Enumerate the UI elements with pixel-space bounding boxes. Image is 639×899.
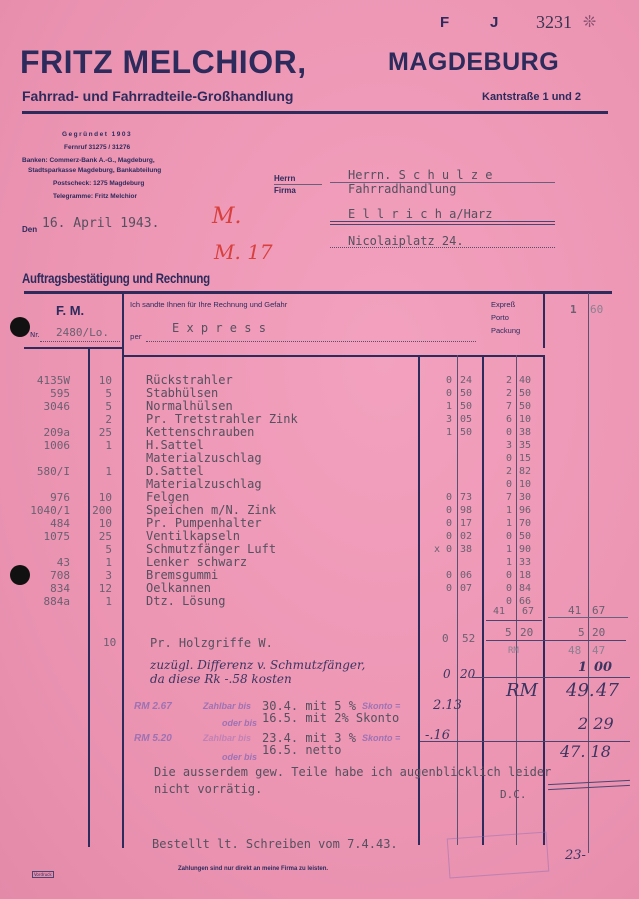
item-total-rm: 0	[486, 426, 512, 439]
item-total-rm: 1	[486, 543, 512, 556]
firma-label: Firma	[274, 186, 296, 195]
item-unit-pf: 05	[460, 413, 472, 426]
item-quantity: 5	[88, 543, 112, 556]
item-total-pf: 15	[519, 452, 531, 465]
item-unit-pf: 24	[460, 374, 472, 387]
note-right-rm: 1	[578, 660, 587, 675]
per-value: E x p r e s s	[172, 321, 266, 335]
item-total-rm: 7	[486, 491, 512, 504]
phone: Fernruf 31275 / 31276	[64, 143, 130, 153]
item-article-number: 1006	[20, 439, 70, 452]
star-icon: ❊	[583, 12, 596, 31]
item-total-rm: 0	[486, 582, 512, 595]
payment-line-2-stamp: oder bis	[222, 718, 257, 728]
item-quantity: 10	[88, 374, 112, 387]
item-total-rm: 3	[486, 439, 512, 452]
double-rule-2	[548, 785, 630, 790]
item-total-rm: 0	[486, 452, 512, 465]
item-total-rm: 2	[486, 465, 512, 478]
nr-label: Nr.	[30, 331, 40, 339]
payment-line-1-result: 2.13	[433, 698, 462, 713]
item-total-rm: 1	[486, 504, 512, 517]
shipping-labels: Expreß Porto Packung	[491, 298, 520, 337]
item-unit-rm: x 0	[420, 543, 452, 556]
item-unit-rm: 1	[420, 426, 452, 439]
item-total-pf: 10	[519, 413, 531, 426]
subtotal-1-rule	[486, 620, 542, 621]
company-tagline: Fahrrad- und Fahrradteile-Großhandlung	[22, 88, 293, 104]
item-article-number: 976	[20, 491, 70, 504]
item-unit-rm: 0	[420, 517, 452, 530]
item-total-pf: 33	[519, 556, 531, 569]
item-total-pf: 82	[519, 465, 531, 478]
item-unit-rm: 0	[420, 491, 452, 504]
margin-letter-j: J	[490, 14, 498, 31]
invoice-page: F J 3231 ❊ FRITZ MELCHIOR, MAGDEBURG Fah…	[0, 0, 639, 899]
herrn-underline	[274, 184, 322, 185]
header-rule	[22, 111, 608, 114]
item-article-number: 595	[20, 387, 70, 400]
item-article-number: 3046	[20, 400, 70, 413]
final-total: 47. 18	[560, 742, 611, 761]
item-total-pf: 40	[519, 374, 531, 387]
item-total-pf: 50	[519, 400, 531, 413]
item-total-pf: 18	[519, 569, 531, 582]
shipping-rm: 1	[570, 303, 577, 316]
item-article-number: 580/I	[20, 465, 70, 478]
item-article-number: 4135W	[20, 374, 70, 387]
handwritten-note-line-1: zuzügl. Differenz v. Schmutzfänger,	[150, 658, 365, 672]
recipient-name: Herrn. S c h u l z e	[348, 168, 493, 182]
extra-right-rm: 5	[578, 626, 585, 639]
recipient-street: Nicolaiplatz 24.	[348, 234, 464, 248]
extra-right-pf: 20	[592, 626, 605, 639]
total-rule	[472, 677, 630, 678]
col-divider-desc	[122, 293, 124, 848]
item-unit-pf: 50	[460, 426, 472, 439]
item-total-pf: 30	[519, 491, 531, 504]
item-total-rm: 2	[486, 387, 512, 400]
red-mark-1: M.	[212, 204, 242, 229]
item-total-rm: 7	[486, 400, 512, 413]
extra-total-rm: 5	[505, 626, 512, 639]
banks-line-1: Banken: Commerz-Bank A.-G., Magdeburg,	[22, 156, 155, 166]
item-article-number: 1075	[20, 530, 70, 543]
payment-line-1-skonto: Skonto =	[362, 701, 400, 711]
item-unit-pf: 06	[460, 569, 472, 582]
item-article-number: 484	[20, 517, 70, 530]
banks-line-2: Stadtsparkasse Magdeburg, Bankabteilung	[28, 166, 161, 176]
document-number: 3231	[536, 12, 572, 33]
red-mark-2: M. 17	[214, 240, 273, 264]
extra-unit-rm: 0	[442, 632, 449, 645]
subtotal-1-right-rule	[548, 617, 628, 618]
item-total-rm: 0	[486, 569, 512, 582]
herrn-label: Herrn	[274, 174, 295, 183]
note-unit-pf: 20	[460, 667, 475, 681]
fm-label: F. M.	[56, 303, 84, 318]
item-quantity: 10	[88, 491, 112, 504]
payment-line-3-skonto: Skonto =	[362, 733, 400, 743]
item-total-pf: 84	[519, 582, 531, 595]
form-title: Auftragsbestätigung und Rechnung	[22, 270, 210, 286]
item-total-pf: 35	[519, 439, 531, 452]
item-unit-rm: 1	[420, 400, 452, 413]
page-mark: 23-	[565, 848, 586, 863]
item-quantity: 1	[88, 465, 112, 478]
handwritten-note-line-2: da diese Rk -.58 kosten	[150, 672, 292, 686]
date-prefix: Den	[22, 225, 37, 234]
item-quantity: 25	[88, 530, 112, 543]
item-unit-pf: 50	[460, 400, 472, 413]
item-unit-pf: 98	[460, 504, 472, 517]
company-name: FRITZ MELCHIOR,	[20, 44, 307, 81]
item-quantity: 25	[88, 426, 112, 439]
item-unit-rm: 3	[420, 413, 452, 426]
payment-line-4-stamp: oder bis	[222, 752, 257, 762]
postscheck: Postscheck: 1275 Magdeburg	[53, 179, 144, 189]
shipping-pf: 60	[590, 303, 603, 316]
remarks-line-2: nicht vorrätig.	[154, 782, 262, 796]
item-unit-pf: 02	[460, 530, 472, 543]
item-quantity: 3	[88, 569, 112, 582]
double-rule-1	[548, 780, 630, 785]
remarks-initials: D.C.	[500, 788, 527, 801]
printer-mark: Vordruck	[32, 871, 54, 878]
telegram: Telegramme: Fritz Melchior	[53, 192, 137, 202]
table-top-rule	[24, 291, 612, 294]
item-description: Dtz. Lösung	[146, 595, 225, 608]
item-total-pf: 50	[519, 530, 531, 543]
item-article-number: 884a	[20, 595, 70, 608]
item-unit-rm: 0	[420, 374, 452, 387]
per-dotted-line	[146, 341, 476, 342]
total-pf: 47	[596, 680, 619, 701]
payment-line-1-amount: RM 2.67	[134, 701, 172, 712]
item-unit-rm: 0	[420, 530, 452, 543]
subtotal-1-col-pf: 67	[522, 606, 534, 617]
per-label: per	[130, 333, 142, 341]
nr-dotted-line	[40, 341, 120, 342]
sent-text: Ich sandte Ihnen für Ihre Rechnung und G…	[130, 300, 287, 309]
item-total-rm: 2	[486, 374, 512, 387]
item-quantity: 10	[88, 517, 112, 530]
subtotal-2-currency: RM	[508, 646, 519, 656]
item-unit-pf: 07	[460, 582, 472, 595]
item-unit-rm: 0	[420, 504, 452, 517]
town-underline	[330, 221, 555, 225]
item-total-rm: 1	[486, 556, 512, 569]
nr-value: 2480/Lo.	[56, 326, 109, 339]
total-currency: RM	[506, 680, 538, 701]
item-article-number: 1040/1	[20, 504, 70, 517]
punch-hole-bottom	[10, 565, 30, 585]
item-quantity: 5	[88, 387, 112, 400]
item-unit-pf: 73	[460, 491, 472, 504]
item-total-rm: 6	[486, 413, 512, 426]
footer-text: Zahlungen sind nur direkt an meine Firma…	[178, 866, 328, 872]
subtotal-1-right-pf: 67	[592, 604, 605, 617]
date-value: 16. April 1943.	[42, 216, 159, 231]
header-bottom-rule	[122, 355, 544, 357]
received-stamp	[447, 832, 550, 879]
item-quantity: 1	[88, 595, 112, 608]
item-unit-rm: 0	[420, 569, 452, 582]
item-total-pf: 70	[519, 517, 531, 530]
item-quantity: 12	[88, 582, 112, 595]
extra-desc: Pr. Holzgriffe W.	[150, 636, 273, 650]
founded: Gegründet 1903	[62, 130, 132, 140]
subtotal-2-pf: 47	[592, 644, 605, 657]
extra-unit-pf: 52	[462, 632, 475, 645]
payment-line-1-stamp: Zahlbar bis	[203, 701, 251, 711]
item-total-pf: 10	[519, 478, 531, 491]
item-article-number: 43	[20, 556, 70, 569]
item-quantity: 1	[88, 439, 112, 452]
remarks-line-1: Die ausserdem gew. Teile habe ich augenb…	[154, 765, 551, 779]
item-unit-rm: 0	[420, 582, 452, 595]
item-quantity: 200	[88, 504, 112, 517]
extra-total-pf: 20	[520, 626, 533, 639]
subtotal-1-col-rm: 41	[493, 606, 505, 617]
subtotal-2-rm: 48	[568, 644, 581, 657]
total-rm: 49.	[566, 680, 595, 701]
payment-line-2-right: 2 29	[578, 714, 614, 733]
note-right-pf: 00	[594, 660, 612, 675]
fm-bottom-rule	[24, 347, 124, 349]
label-express: Expreß	[491, 298, 520, 311]
item-quantity: 5	[88, 400, 112, 413]
item-total-rm: 0	[486, 530, 512, 543]
item-total-rm: 0	[486, 478, 512, 491]
item-total-pf: 90	[519, 543, 531, 556]
margin-letter-f: F	[440, 14, 449, 31]
item-unit-pf: 17	[460, 517, 472, 530]
item-total-pf: 38	[519, 426, 531, 439]
item-article-number: 209a	[20, 426, 70, 439]
col-divider-shipping	[543, 293, 545, 348]
item-total-pf: 50	[519, 387, 531, 400]
subtotal-1-right-rm: 41	[568, 604, 581, 617]
item-quantity: 1	[88, 556, 112, 569]
punch-hole-top	[10, 317, 30, 337]
street-underline	[330, 247, 555, 248]
ordered-text: Bestellt lt. Schreiben vom 7.4.43.	[152, 837, 398, 851]
payment-line-3-amount: RM 5.20	[134, 733, 172, 744]
company-city: MAGDEBURG	[388, 48, 559, 77]
recipient-town: E l l r i c h a/Harz	[348, 207, 493, 221]
label-packung: Packung	[491, 324, 520, 337]
item-quantity: 2	[88, 413, 112, 426]
recipient-business: Fahrradhandlung	[348, 182, 456, 196]
extra-qty: 10	[103, 636, 116, 649]
item-total-rm: 1	[486, 517, 512, 530]
label-porto: Porto	[491, 311, 520, 324]
payment-line-2-typed: 16.5. mit 2% Skonto	[262, 711, 399, 725]
item-unit-pf: 38	[460, 543, 472, 556]
note-unit-rm: 0	[443, 667, 451, 681]
payment-line-4-typed: 16.5. netto	[262, 743, 341, 757]
item-total-pf: 96	[519, 504, 531, 517]
company-street: Kantstraße 1 und 2	[482, 91, 581, 103]
extra-rule	[486, 640, 626, 641]
payment-line-3-stamp: Zahlbar bis	[203, 733, 251, 743]
item-unit-pf: 50	[460, 387, 472, 400]
item-article-number: 834	[20, 582, 70, 595]
item-unit-rm: 0	[420, 387, 452, 400]
col-divider-right-pf	[588, 293, 589, 853]
